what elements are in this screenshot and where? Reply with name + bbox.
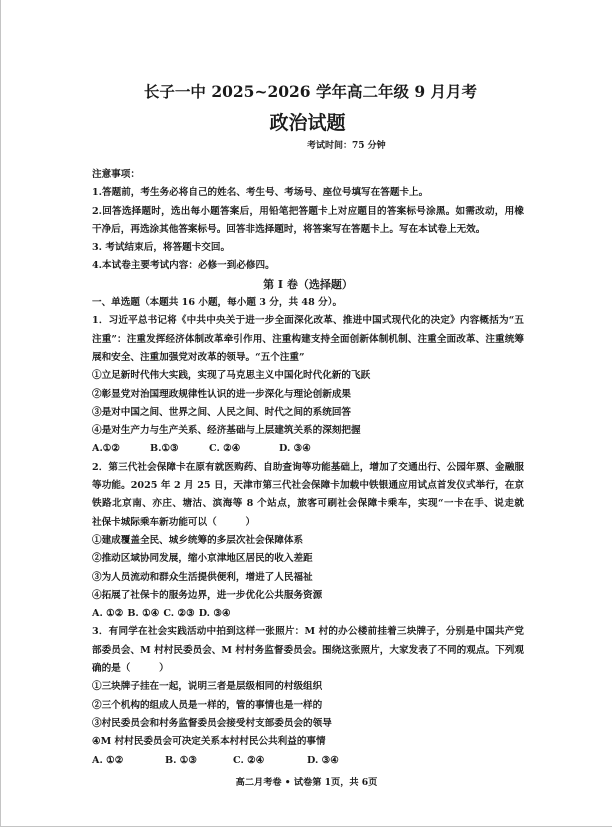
notice-item: 1.答题前，考生务必将自己的姓名、考生号、考场号、座位号填写在答题卡上。 — [92, 184, 524, 202]
answer-options: A. ①② B. ①③ C. ②④ D. ③④ — [92, 752, 524, 770]
statement: ②推动区域协同发展，缩小京津地区居民的收入差距 — [92, 550, 524, 568]
notice-heading: 注意事项： — [92, 166, 524, 184]
answer-options: A.①② B.①③ C. ②④ D. ③④ — [92, 440, 524, 458]
statement: ③为人员流动和群众生活提供便利，增进了人民福祉 — [92, 569, 524, 587]
question-stem-line: 1．习近平总书记将《中共中央关于进一步全面深化改革、推进中国式现代化的决定》内容… — [92, 312, 524, 330]
notice-section: 注意事项： 1.答题前，考生务必将自己的姓名、考生号、考场号、座位号填写在答题卡… — [92, 166, 524, 276]
statement: ③是对中国之间、世界之间、人民之间、时代之间的系统回答 — [92, 404, 524, 422]
exam-page: 长子一中 2025~2026 学年高二年级 9 月月考 政治试题 考试时间：75… — [0, 0, 612, 827]
answer-options: A. ①② B. ①④ C. ②③ D. ③④ — [92, 605, 524, 623]
exam-content: 注意事项： 1.答题前，考生务必将自己的姓名、考生号、考场号、座位号填写在答题卡… — [92, 166, 524, 770]
question-stem-line: 确的是（ ） — [92, 660, 524, 678]
subject-title: 政治试题 — [0, 108, 581, 135]
statement: ①立足新时代伟大实践，实现了马克思主义中国化时代化新的飞跃 — [92, 367, 524, 385]
option-b: B. ①③ — [165, 752, 233, 770]
option-d: D. ③④ — [279, 440, 311, 458]
exam-title: 长子一中 2025~2026 学年高二年级 9 月月考 — [4, 80, 613, 102]
statement: ③村民委员会和村务监督委员会接受村支部委员会的领导 — [92, 715, 524, 733]
statement: ②彰显党对治国理政规律性认识的进一步深化与理论创新成果 — [92, 386, 524, 404]
question-stem-line: 社保卡城际乘车新功能可以（ ） — [92, 514, 524, 532]
option-c: C. ②④ — [209, 440, 279, 458]
option-a: A. ①② — [92, 605, 123, 623]
option-c: C. ②④ — [233, 752, 307, 770]
statement: ④拓展了社保卡的服务边界，进一步优化公共服务资源 — [92, 587, 524, 605]
notice-item: 干净后，再选涂其他答案标号。回答非选择题时，将答案写在答题卡上。写在本试卷上无效… — [92, 221, 524, 239]
statement: ④是对生产力与生产关系、经济基础与上层建筑关系的深刻把握 — [92, 422, 524, 440]
notice-item: 2.回答选择题时，选出每小题答案后，用铅笔把答题卡上对应题目的答案标号涂黑。如需… — [92, 203, 524, 221]
question-3: 3．有同学在社会实践活动中拍到这样一张照片：M 村的办公楼前挂着三块牌子，分别是… — [92, 623, 524, 769]
notice-item: 4.本试卷主要考试内容：必修一到必修四。 — [92, 257, 524, 275]
section-instructions: 一、单选题（本题共 16 小题，每小题 3 分，共 48 分）。 — [92, 294, 524, 312]
question-stem-line: 3．有同学在社会实践活动中拍到这样一张照片：M 村的办公楼前挂着三块牌子，分别是… — [92, 623, 524, 641]
option-a: A. ①② — [92, 752, 165, 770]
statement: ①建成覆盖全民、城乡统筹的多层次社会保障体系 — [92, 532, 524, 550]
option-b: B.①③ — [150, 440, 209, 458]
question-1: 1．习近平总书记将《中共中央关于进一步全面深化改革、推进中国式现代化的决定》内容… — [92, 312, 524, 458]
question-stem-line: 部委员会、M 村村民委员会、M 村村务监督委员会。围绕这张照片，大家发表了不同的… — [92, 642, 524, 660]
option-b: B. ①④ — [127, 605, 159, 623]
question-stem-line: 铁路北京南、亦庄、塘沽、滨海等 8 个站点，旅客可刷社会保障卡乘车，实现“一卡在… — [92, 495, 524, 513]
question-2: 2．第三代社会保障卡在原有就医购药、自助查询等功能基础上，增加了交通出行、公园年… — [92, 459, 524, 624]
exam-time: 考试时间：75 分钟 — [307, 138, 386, 151]
part-heading: 第 I 卷（选择题） — [92, 276, 524, 294]
page-footer: 高二月考卷 • 试卷第 1页，共 6页 — [0, 774, 613, 788]
statement: ②三个机构的组成人员是一样的，管的事情也是一样的 — [92, 697, 524, 715]
statement: ①三块牌子挂在一起，说明三者是层级相同的村级组织 — [92, 678, 524, 696]
option-d: D. ③④ — [199, 605, 231, 623]
option-a: A.①② — [92, 440, 150, 458]
question-stem-line: 展和安全、注重加强党对改革的领导。“五个注重” — [92, 349, 524, 367]
statement: ④M 村村民委员会可决定关系本村村民公共利益的事情 — [92, 733, 524, 751]
question-stem-line: 等功能。2025 年 2 月 25 日，天津市第三代社会保障卡加载中铁银通应用试… — [92, 477, 524, 495]
question-stem-line: 注重”：注重发挥经济体制改革牵引作用、注重构建支持全面创新体制机制、注重全面改革… — [92, 331, 524, 349]
notice-item: 3. 考试结束后，将答题卡交回。 — [92, 239, 524, 257]
option-c: C. ②③ — [163, 605, 194, 623]
option-d: D. ③④ — [307, 752, 339, 770]
question-stem-line: 2．第三代社会保障卡在原有就医购药、自助查询等功能基础上，增加了交通出行、公园年… — [92, 459, 524, 477]
